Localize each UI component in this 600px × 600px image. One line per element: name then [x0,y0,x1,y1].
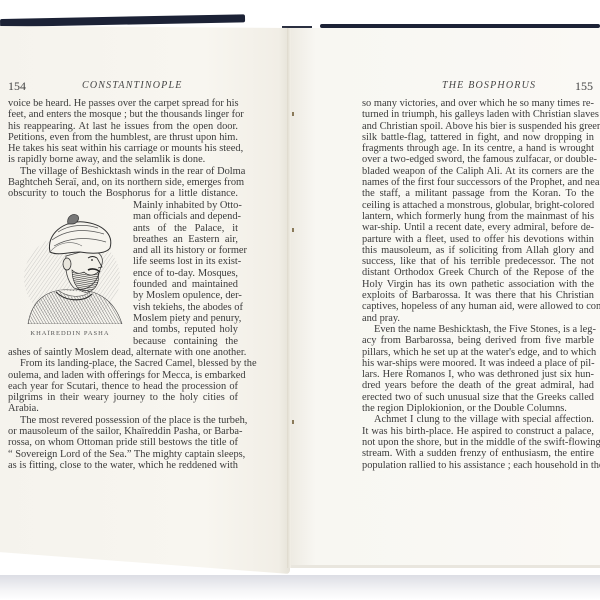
text-line: ants of the Palace, it [133,223,238,234]
text-line: his reappearing. At last he issues from … [8,121,238,132]
binding-thread-mark [292,420,294,424]
text-line: rossa, on whom Ottoman pride still besto… [8,437,238,448]
book-shadow [0,575,600,600]
text-line: lars. Here Romanos I, who was dethroned … [362,369,594,380]
text-line: Baghtcheh Seraï, and, on its northern si… [8,177,238,188]
text-line: oulema, and laden with offerings for Mec… [8,370,238,381]
text-line: the region Diplokionion, or the Double C… [362,403,594,414]
text-line: population rallied to his assistance ; e… [362,460,594,471]
text-line: dred years before the death of the great… [362,380,594,391]
text-line: because containing the [133,336,238,347]
text-line: Mainly inhabited by Otto- [133,200,238,211]
text-line: bladed weapon of the Caliph Ali. At its … [362,166,594,177]
text-line: over a two-edged sword, the famous zulfa… [362,154,594,165]
text-line: The most revered possession of the place… [8,415,238,426]
engraved-portrait-icon [22,212,126,324]
binding-thread-mark [292,112,294,116]
text-line: Moslem piety and penury, [133,313,238,324]
text-line: acy from Barbarossa, being derived from … [362,335,594,346]
text-line: and Christian spoil. Above his bier is s… [362,121,594,132]
text-line: Holy Virgin has its own pathetic associa… [362,279,594,290]
open-book-photo: 154 CONSTANTINOPLE voice be heard. He pa… [0,0,600,600]
left-running-head: CONSTANTINOPLE [82,80,183,91]
text-line: He takes his seat within his carriage or… [8,143,238,154]
text-line: lantern, which formerly hung from the ma… [362,211,594,222]
text-line: and tombs, reputed holy [133,324,238,335]
text-line: founded and maintained [133,279,238,290]
text-line: the staff, a militant passage from the K… [362,188,594,199]
text-line: as is fitting, close to the water, which… [8,460,238,471]
text-line: Petitions, even from the humblest, are t… [8,132,238,143]
figure-caption: KHAÏREDDIN PASHA [10,330,130,337]
text-line: vish tekiehs, the abodes of [133,302,238,313]
text-line: his war-ships were moored. It was indeed… [362,358,594,369]
left-page-gutter-edge [287,28,291,568]
left-body-text-beside-figure: Mainly inhabited by Otto- man officials … [133,200,238,347]
text-line: or mausoleum of the sailor, Khaïreddin P… [8,426,238,437]
text-line: The village of Beshicktash winds in the … [8,166,238,177]
text-line: pillars, which he set up at the water's … [362,347,594,358]
text-line: fragments through age. In its centre, a … [362,143,594,154]
text-line: so many victories, and over which he so … [362,98,594,109]
text-line: ence of to-day. Mosques, [133,268,238,279]
text-line: “ Sovereign Lord of the Sea.” The mighty… [8,449,238,460]
text-line: man officials and depend- [133,211,238,222]
text-line: life seems lost in its exist- [133,256,238,267]
text-line: From its landing-place, the Sacred Camel… [8,358,238,369]
right-body-text: so many victories, and over which he so … [362,98,594,471]
text-line: stream. With a sudden frenzy of enthusia… [362,448,594,459]
right-page-number: 155 [575,79,593,94]
book-cover-edge-right [320,24,600,28]
text-line: silk battle-flag, tattered in fight, and… [362,132,594,143]
text-line: and pray. [362,313,594,324]
text-line: not upon the shore, but in the middle of… [362,437,594,448]
right-page-bottom-edge [291,565,600,568]
text-line: success, like that of his terrible prede… [362,256,594,267]
text-line: voice be heard. He passes over the carpe… [8,98,238,109]
text-line: distant Orthodox Greek Church of the Rep… [362,267,594,278]
text-line: ashes of saintly Moslem dead, alternate … [8,347,238,358]
text-line: Even the name Beshicktash, the Five Ston… [362,324,594,335]
text-line: erected two of such unusual size that th… [362,392,594,403]
book-cover-edge-left [0,14,245,27]
binding-thread-mark [292,228,294,232]
text-line: war-ship. Until a recent date, every adm… [362,222,594,233]
text-line: this mausoleum, as if soliciting from Al… [362,245,594,256]
text-line: Achmet I clung to the village with speci… [362,414,594,425]
text-line: It was his birth-place. He aspired to co… [362,426,594,437]
text-line: by Moslem opulence, der- [133,290,238,301]
right-running-head: THE BOSPHORUS [442,80,536,91]
text-line: exploits of Barbarossa. It was there tha… [362,290,594,301]
text-line: is rapidly borne away, and the selamlik … [8,154,238,165]
left-body-text-bottom: ashes of saintly Moslem dead, alternate … [8,347,238,471]
text-line: ceiling is attached a monstrous, globula… [362,200,594,211]
text-line: breathes an Eastern air, [133,234,238,245]
text-line: names of the first four successors of th… [362,177,594,188]
text-line: captives, hopeless of any human aid, wer… [362,301,594,312]
text-line: feet, and enters the mosque ; but the th… [8,109,238,120]
text-line: turned in triumph, his galleys laden wit… [362,109,594,120]
text-line: Arabia. [8,403,238,414]
left-page-number: 154 [8,79,26,94]
text-line: each year for Scutari, thence to head th… [8,381,238,392]
text-line: obscurity to touch the Bosphorus for a l… [8,188,238,199]
text-line: and all its history or former [133,245,238,256]
text-line: parture with a fleet, used to offer his … [362,234,594,245]
left-body-text-top: voice be heard. He passes over the carpe… [8,98,238,200]
text-line: pilgrims in their weary journey to the h… [8,392,238,403]
